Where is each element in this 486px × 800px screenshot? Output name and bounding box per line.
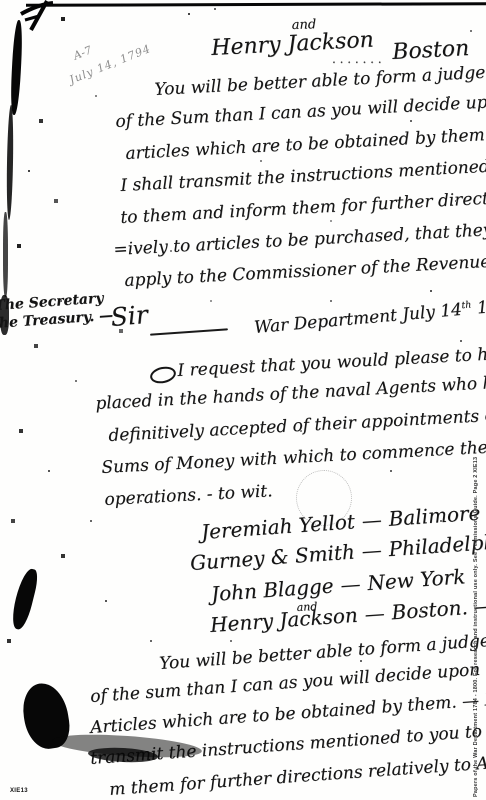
ink-blot <box>9 567 40 631</box>
agent-name: Gurney & Smith <box>189 540 355 575</box>
agent-city: Philadelphia <box>388 528 486 561</box>
scan-left-edge-blot <box>10 20 24 115</box>
sidebar-archive-notice: Papers of the War Department 1784 - 1800… <box>473 457 479 797</box>
agent-dash: — <box>361 538 383 563</box>
agent-city: Boston. — <box>391 593 486 624</box>
salutation-flourish-line <box>150 328 228 335</box>
header-city: Boston <box>392 36 470 65</box>
agent-city: Balimore <box>388 501 481 531</box>
salutation: Sir <box>109 300 148 332</box>
dateline-year: 1794 <box>476 295 486 319</box>
scan-top-edge-line <box>26 2 486 7</box>
agent-name: Jeremiah Yellot <box>200 509 355 544</box>
pen-flourish-oval <box>149 364 178 385</box>
dateline: War Department July 14th 1794 <box>253 295 486 338</box>
footer-document-id: XIE13 <box>10 788 28 794</box>
handwritten-line: operations. - to wit. <box>104 481 273 510</box>
handwritten-line: You will be better able to form a judgem… <box>154 60 486 100</box>
scan-noise <box>0 0 2 2</box>
handwritten-line: articles which are to be obtained by the… <box>125 125 486 164</box>
scan-left-edge-blot <box>3 212 8 297</box>
agent-dash: — <box>361 507 383 532</box>
pencil-note: A-7 <box>72 43 94 62</box>
dateline-text: War Department July 14 <box>253 300 462 338</box>
agent-city: New York <box>367 564 466 595</box>
corner-scribble-mark <box>17 0 59 34</box>
dateline-ordinal: th <box>461 299 472 311</box>
agent-dash: — <box>340 572 362 597</box>
scanned-document-page: A-7 July 14, 1794 and Henry Jackson . . … <box>0 0 486 800</box>
scan-left-edge-blot <box>6 105 14 220</box>
header-leader-dots: . . . . . . . <box>332 52 382 66</box>
agent-dash: — <box>364 601 386 626</box>
agent-name: Henry Jackson <box>209 603 358 637</box>
